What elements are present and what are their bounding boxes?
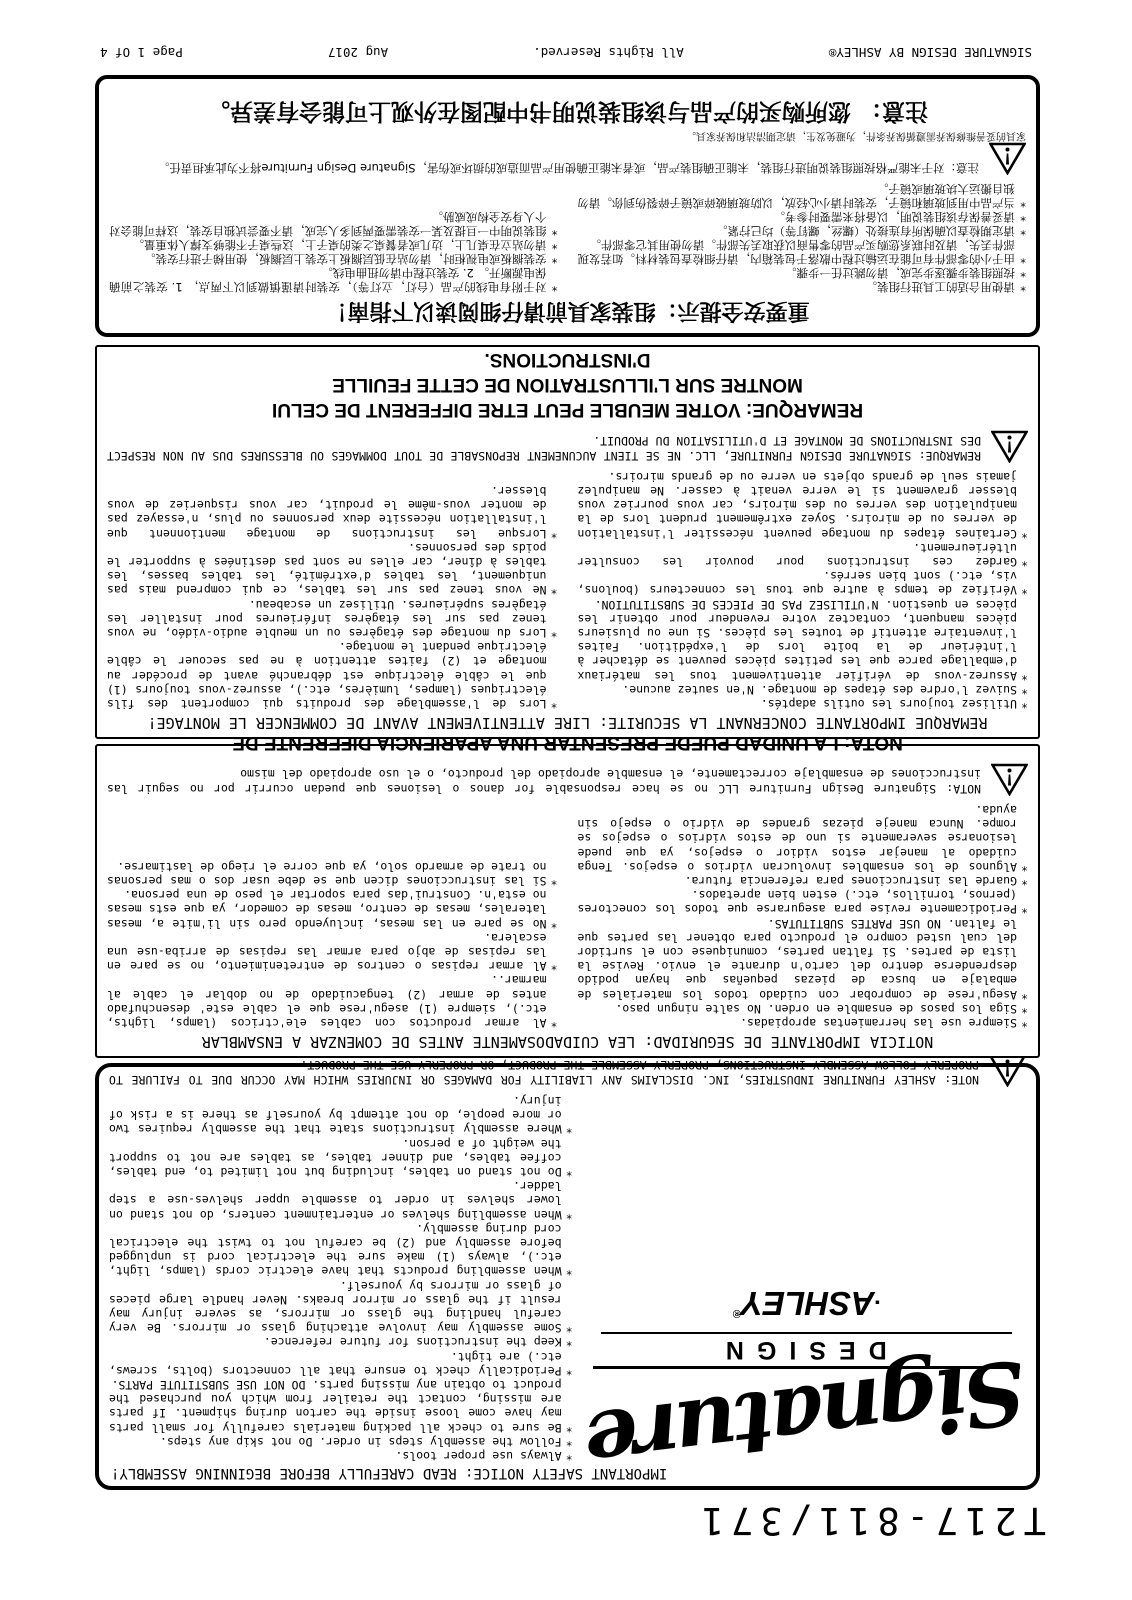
spanish-disclaimer-text: NOTA: Signature Design Furniture LLC no … <box>107 767 981 796</box>
bullet-item: 对于附有电线的产品（台灯，立灯等），安装时请谨慎做到以下两点， 1. 安装之前确… <box>109 266 558 294</box>
bullet-item: Do not stand on tables, including but no… <box>109 1136 573 1179</box>
bullet-item: Lors de l'assemblage des produits qui co… <box>107 640 558 711</box>
chinese-bullet-list-right: 对于附有电线的产品（台灯，立灯等），安装时请谨慎做到以下两点， 1. 安装之前确… <box>109 182 558 294</box>
registered-trademark-icon: ® <box>733 1307 741 1319</box>
spanish-bullet-list-left: Siempre use las herramientas apropiadas.… <box>578 803 1029 1030</box>
bullet-item: Si las instrucciones dicen que se debe u… <box>107 860 558 888</box>
chinese-columns: 请使用合适的工具进行组装。按照组装步骤逐步完成，请勿跳过任一步骤。由于小的零部件… <box>109 182 1026 294</box>
french-disclaimer-text: REMARQUE: SIGNATURE DESIGN FURNITURE, LL… <box>107 434 981 463</box>
spanish-safety-title: NOTICIA IMPORTANTE DE SEGURIDAD: LEA CUI… <box>107 1033 1028 1051</box>
spanish-disclaimer-row: NOTA: Signature Design Furniture LLC no … <box>107 763 1028 796</box>
warning-icon <box>989 142 1026 175</box>
bullet-item: Gardez ces instructions pour pouvoir les… <box>578 541 1029 569</box>
page-footer: SIGNATURE DESIGN BY ASHLEY® All Rights R… <box>100 45 1032 60</box>
bullet-item: Keep the instructions for future referen… <box>109 1335 573 1349</box>
bullet-item: 组装说明中一旦提及某一安装需要两到多人完成，请不要尝试独自安装，这样可能会对个人… <box>109 210 558 238</box>
bullet-item: Periodically check to ensure that all co… <box>109 1349 573 1377</box>
part-number: T217-811/371 <box>695 1499 1046 1542</box>
french-columns: Utilisez toujours les outils adaptés.Sui… <box>107 470 1028 711</box>
chinese-disclaimer-text: 注意：对于未能严格按照组装说明进行组装，未能正确组装产品，或者未能正确使用产品而… <box>109 161 979 175</box>
bullet-item: Guarde las instrucciones para referencia… <box>578 874 1029 888</box>
bullet-item: 由于小的零部件有可能在运输过程中散落于包装箱内，请仔细检查包装材料。如若发现部件… <box>578 238 1027 266</box>
bullet-item: 请使用合适的工具进行组装。 <box>578 280 1027 294</box>
warning-icon <box>991 430 1028 463</box>
bullet-item: No se pare en las mesas, incluyendo pero… <box>107 888 558 931</box>
bullet-item: Algunos de los ensambles involucran vidr… <box>578 803 1029 874</box>
bullet-item: Al armar repisas o centros de entretenim… <box>107 931 558 974</box>
bullet-item: 请定期检查以确保所有连接处（螺丝，螺钉等）均已拧紧。 <box>578 224 1027 238</box>
chinese-disclaimer-row: 注意：对于未能严格按照组装说明进行组装，未能正确组装产品，或者未能正确使用产品而… <box>109 142 1026 175</box>
bullet-item: Assurez-vous de vérifier attentivement t… <box>578 597 1029 682</box>
bullet-item: Suivez l'ordre des étapes de montage. N'… <box>578 683 1029 697</box>
french-appearance-note: REMARQUE: VOTRE MEUBLE PEUT ETRE DIFFERE… <box>253 347 883 422</box>
chinese-bullet-list-left: 请使用合适的工具进行组装。按照组装步骤逐步完成，请勿跳过任一步骤。由于小的零部件… <box>578 182 1027 294</box>
bullet-item: Some assembly may involve attaching glas… <box>109 1278 573 1335</box>
bullet-item: 按照组装步骤逐步完成，请勿跳过任一步骤。 <box>578 266 1027 280</box>
instruction-sheet: T217-811/371 IMPORTANT SAFETY NOTICE: RE… <box>0 0 1132 1600</box>
bullet-item: Vérifiez de temps à autre que tous les c… <box>578 569 1029 597</box>
logo-divider <box>601 1332 1012 1334</box>
french-bullet-list-right: Lors de l'assemblage des produits qui co… <box>107 470 558 711</box>
bullet-item: Where assembly instructions state that t… <box>109 1094 573 1137</box>
bullet-item: 请妥善保存该组装说明，以备将来需要时参考。 <box>578 210 1027 224</box>
bullet-item: Siga los pasos de ensamble en orden. No … <box>578 1002 1029 1016</box>
bullet-item: Asegu'rese de comprobar con cuidado todo… <box>578 916 1029 1001</box>
warning-icon <box>989 1054 1026 1087</box>
bullet-item: Periodicamente revise para asegurarse qu… <box>578 888 1029 916</box>
warning-icon <box>991 763 1028 796</box>
logo-brand-line: ▪ASHLEY® <box>587 1286 1026 1330</box>
bullet-item: 安装搁板或电视柜时，请勿站在低层搁板上安装上层搁板，使用梯子进行安装。 <box>109 252 558 266</box>
section-english: IMPORTANT SAFETY NOTICE: READ CAREFULLY … <box>95 1063 1040 1490</box>
chinese-safety-title: 重要安全提示：组装家具前请仔细阅读以下指南！ <box>109 297 1026 328</box>
bullet-item: Ne vous tenez pas sur les tables, ce qui… <box>107 541 558 598</box>
bullet-item: Follow the assembly steps in order. Do n… <box>109 1435 573 1449</box>
section-spanish: NOTICIA IMPORTANTE DE SEGURIDAD: LEA CUI… <box>95 744 1040 1058</box>
footer-brand: SIGNATURE DESIGN BY ASHLEY® <box>829 45 1032 60</box>
footer-page-number: Page 1 Of 4 <box>100 45 183 60</box>
screenshot-viewport: T217-811/371 IMPORTANT SAFETY NOTICE: RE… <box>0 0 1132 1600</box>
bullet-item: Be sure to check all packing materials c… <box>109 1378 573 1435</box>
french-disclaimer-row: REMARQUE: SIGNATURE DESIGN FURNITURE, LL… <box>107 430 1028 463</box>
bullet-item: Lors du montage des étagères ou un meubl… <box>107 597 558 640</box>
footer-date: Aug 2017 <box>328 45 388 60</box>
english-body: Signature DESIGN ▪ASHLEY® Always use pro… <box>109 1094 1026 1463</box>
bullet-item: Siempre use las herramientas apropiadas. <box>578 1016 1029 1030</box>
french-bullet-list-left: Utilisez toujours les outils adaptés.Sui… <box>578 470 1029 711</box>
section-french: REMARQUE IMPORTANTE CONCERNANT LA SECURI… <box>95 345 1040 739</box>
bullet-item: Always use proper tools. <box>109 1449 573 1463</box>
ashley-logo: Signature DESIGN ▪ASHLEY® <box>587 1197 1026 1463</box>
english-bullet-list: Always use proper tools.Follow the assem… <box>109 1094 573 1463</box>
english-safety-title: IMPORTANT SAFETY NOTICE: READ CAREFULLY … <box>109 1465 1026 1481</box>
chinese-care-note: 家具的妥善维修保养需遵循保养条件，为避免发生，请定期清洁和保养家具。 <box>426 129 1026 141</box>
logo-ashley-text: ASHLEY <box>741 1285 875 1322</box>
bullet-item: Al armar productos con cables ele'ctrico… <box>107 973 558 1030</box>
by-ashley-mark-icon: ▪ <box>875 1295 880 1311</box>
footer-rights: All Rights Reserved. <box>533 45 684 60</box>
bullet-item: 请勿站立在桌几上，边几或者餐桌之类的桌子上，这些桌子不能够支撑人体重量。 <box>109 238 558 252</box>
english-disclaimer-text: NOTE: ASHLEY FURNITURE INDUSTRIES, INC. … <box>109 1058 979 1087</box>
bullet-item: When assembling products that have elect… <box>109 1222 573 1279</box>
bullet-item: When assembling shelves or entertainment… <box>109 1179 573 1222</box>
spanish-bullet-list-right: Al armar productos con cables ele'ctrico… <box>107 803 558 1030</box>
bullet-item: Utilisez toujours les outils adaptés. <box>578 697 1029 711</box>
section-chinese: 重要安全提示：组装家具前请仔细阅读以下指南！ 请使用合适的工具进行组装。按照组装… <box>95 75 1040 337</box>
spanish-columns: Siempre use las herramientas apropiadas.… <box>107 803 1028 1030</box>
bullet-item: Lorsque les instructions de montage ment… <box>107 484 558 541</box>
french-safety-title: REMARQUE IMPORTANTE CONCERNANT LA SECURI… <box>107 714 1028 732</box>
english-disclaimer-row: NOTE: ASHLEY FURNITURE INDUSTRIES, INC. … <box>109 1054 1026 1087</box>
bullet-item: 当产品中用到玻璃和镜子，安装时请小心轻放，以防玻璃破碎或镜子碎裂伤到你。请勿独自… <box>578 182 1027 210</box>
chinese-appearance-note: 注意： 您所购买的产品与该组装说明书中配图在外观上可能会有差异。 <box>109 97 1026 125</box>
bullet-item: Certaines étapes du montage peuvent néce… <box>578 470 1029 541</box>
